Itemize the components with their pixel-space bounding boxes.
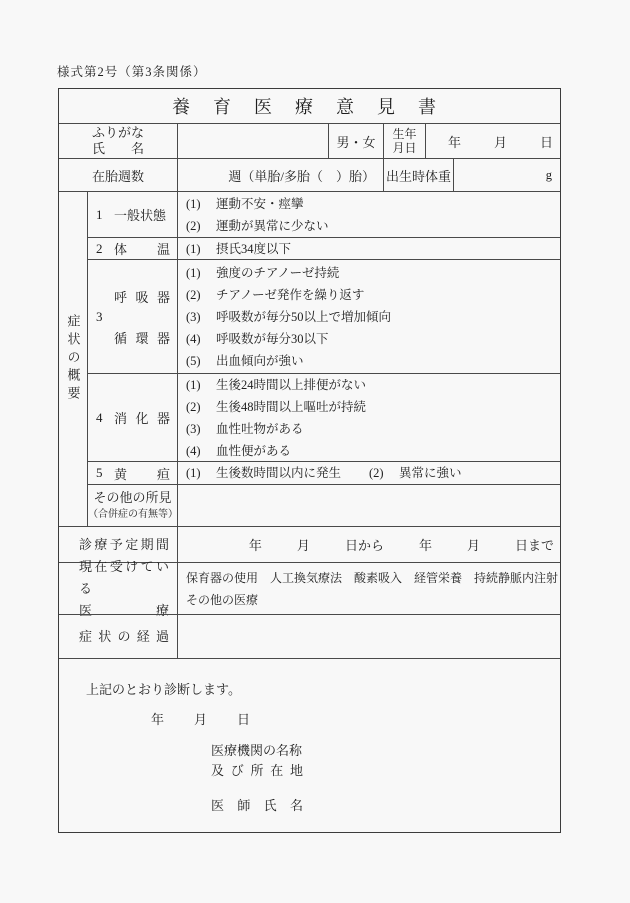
period-unit: 日まで <box>515 535 554 554</box>
gestation-row: 在胎週数 週（単胎/多胎（ ）胎） 出生時体重 g <box>59 158 560 191</box>
gestation-value: 週（単胎/多胎（ ）胎） <box>178 159 384 191</box>
birthdate-label: 生年 月日 <box>384 124 426 158</box>
sex-options: 男・女 <box>329 124 384 158</box>
category-body-temperature: 2 体温 (1)摂氏34度以下 <box>88 237 560 259</box>
item-number: (2) <box>186 284 216 306</box>
name-input-area <box>178 124 329 158</box>
category-general-state: 1 一般状態 (1)運動不安・痙攣 (2)運動が異常に少ない <box>88 192 560 237</box>
period-unit: 月 <box>467 535 480 554</box>
category-number: 3 <box>96 309 103 325</box>
gram-unit: g <box>546 168 552 183</box>
item-number: (4) <box>186 440 216 462</box>
symptom-course-label: 症状の経過 <box>59 615 178 658</box>
category-label-cell: 5 黄疸 <box>88 462 178 484</box>
item-text: 呼吸数が毎分30以下 <box>216 332 329 346</box>
category-number: 1 <box>96 207 103 223</box>
period-unit: 年 <box>249 535 262 554</box>
birthweight-label: 出生時体重 <box>384 159 454 191</box>
category-label-cell: 2 体温 <box>88 238 178 259</box>
item-text: 生後48時間以上嘔吐が持続 <box>216 400 366 414</box>
category-digestive: 4 消化器 (1)生後24時間以上排便がない (2)生後48時間以上嘔吐が持続 … <box>88 373 560 461</box>
item-number: (3) <box>186 418 216 440</box>
symptom-item: (1)摂氏34度以下 <box>186 238 560 260</box>
symptoms-overview-vertical-label: 症状の概要 <box>59 192 88 526</box>
symptom-item: (1)強度のチアノーゼ持続 <box>186 262 560 284</box>
other-findings-label: その他の所見 <box>93 489 171 506</box>
symptom-item: (1)生後数時間以内に発生 <box>186 462 341 484</box>
item-text: 強度のチアノーゼ持続 <box>216 266 339 280</box>
item-text: 出血傾向が強い <box>216 354 304 368</box>
category-items: (1)生後24時間以上排便がない (2)生後48時間以上嘔吐が持続 (3)血性吐… <box>178 374 560 461</box>
item-text: 血性吐物がある <box>216 422 304 436</box>
birthweight-input-area: g <box>454 159 560 191</box>
current-care-options: 保育器の使用 人工換気療法 酸素吸入 経管栄養 持続静脈内注射 その他の医療 <box>178 563 560 614</box>
institution-name-label: 医療機関の名称 <box>211 743 302 758</box>
category-respiratory-circulatory: 3 呼吸器 循環器 (1)強度のチアノーゼ持続 (2)チアノーゼ発作を繰り返す … <box>88 259 560 373</box>
care-option-line: 保育器の使用 人工換気療法 酸素吸入 経管栄養 持続静脈内注射 <box>186 567 560 589</box>
other-findings-note: （合併症の有無等） <box>88 506 177 523</box>
item-text: 血性便がある <box>216 444 291 458</box>
scanned-form-page: { "colors": { "ink": "#1e1e1e", "paper":… <box>0 0 630 903</box>
item-number: (1) <box>186 462 216 484</box>
item-text: 摂氏34度以下 <box>216 242 291 256</box>
symptom-item: (2)生後48時間以上嘔吐が持続 <box>186 396 560 418</box>
item-number: (1) <box>186 374 216 396</box>
symptom-item: (5)出血傾向が強い <box>186 350 560 372</box>
form-title-row: 養育医療意見書 <box>59 89 560 123</box>
year-unit: 年 <box>448 132 461 151</box>
name-row: ふりがな 氏名 男・女 生年 月日 年 月 日 <box>59 123 560 158</box>
current-care-label: 現在受けている 医療 <box>59 563 178 614</box>
name-label: 氏名 <box>92 141 144 157</box>
other-findings-label-cell: その他の所見 （合併症の有無等） <box>88 485 178 526</box>
period-unit: 日から <box>345 535 384 554</box>
month-unit: 月 <box>194 709 207 728</box>
other-findings-row: その他の所見 （合併症の有無等） <box>88 484 560 526</box>
category-label-cell: 4 消化器 <box>88 374 178 461</box>
item-text: 生後24時間以上排便がない <box>216 378 366 392</box>
item-number: (3) <box>186 306 216 328</box>
form-title: 養育医療意見書 <box>160 93 459 119</box>
item-number: (2) <box>186 215 216 237</box>
category-items: (1)運動不安・痙攣 (2)運動が異常に少ない <box>178 192 560 237</box>
item-number: (1) <box>186 238 216 260</box>
symptom-course-row: 症状の経過 <box>59 614 560 658</box>
symptom-item: (4)呼吸数が毎分30以下 <box>186 328 560 350</box>
item-text: チアノーゼ発作を繰り返す <box>216 288 364 302</box>
category-label: 消化器 <box>114 408 170 427</box>
doctor-name-label: 医師氏名 <box>211 795 560 814</box>
item-number: (1) <box>186 193 216 215</box>
item-number: (2) <box>369 462 399 484</box>
symptom-item: (3)呼吸数が毎分50以上で増加傾向 <box>186 306 560 328</box>
year-unit: 年 <box>151 709 164 728</box>
item-text: 運動不安・痙攣 <box>216 197 304 211</box>
category-items: (1)摂氏34度以下 <box>178 238 560 259</box>
item-text: 生後数時間以内に発生 <box>216 466 341 480</box>
category-number: 2 <box>96 241 103 257</box>
period-unit: 月 <box>297 535 310 554</box>
category-number: 4 <box>96 410 103 426</box>
birthdate-input-area: 年 月 日 <box>426 124 560 158</box>
category-items: (1)強度のチアノーゼ持続 (2)チアノーゼ発作を繰り返す (3)呼吸数が毎分5… <box>178 260 560 373</box>
category-label: 体温 <box>114 239 170 258</box>
symptom-item: (2)チアノーゼ発作を繰り返す <box>186 284 560 306</box>
name-label-cell: ふりがな 氏名 <box>59 124 178 158</box>
institution-label: 医療機関の名称 及び所在地 <box>211 741 560 781</box>
care-option-line: その他の医療 <box>186 589 560 611</box>
item-number: (4) <box>186 328 216 350</box>
item-number: (2) <box>186 396 216 418</box>
symptom-item: (4)血性便がある <box>186 440 560 462</box>
item-text: 呼吸数が毎分50以上で増加傾向 <box>216 310 391 324</box>
form-number: 様式第2号（第3条関係） <box>57 62 207 80</box>
treatment-period-input-area: 年 月 日から 年 月 日まで <box>178 527 560 562</box>
symptom-item: (3)血性吐物がある <box>186 418 560 440</box>
category-label: 呼吸器 循環器 <box>114 287 170 347</box>
day-unit: 日 <box>540 132 553 151</box>
symptom-item: (1)生後24時間以上排便がない <box>186 374 560 396</box>
day-unit: 日 <box>237 709 250 728</box>
category-label: 黄疸 <box>114 464 170 483</box>
category-label-cell: 1 一般状態 <box>88 192 178 237</box>
month-unit: 月 <box>494 132 507 151</box>
period-unit: 年 <box>419 535 432 554</box>
symptoms-overview-block: 症状の概要 1 一般状態 (1)運動不安・痙攣 (2)運動が異常に少ない 2 体… <box>59 191 560 526</box>
item-text: 異常に強い <box>399 466 462 480</box>
current-care-row: 現在受けている 医療 保育器の使用 人工換気療法 酸素吸入 経管栄養 持続静脈内… <box>59 562 560 614</box>
category-jaundice: 5 黄疸 (1)生後数時間以内に発生 (2)異常に強い <box>88 461 560 484</box>
item-text: 運動が異常に少ない <box>216 219 329 233</box>
item-number: (5) <box>186 350 216 372</box>
symptom-item: (1)運動不安・痙攣 <box>186 193 560 215</box>
category-number: 5 <box>96 465 103 481</box>
signature-block: 上記のとおり診断します。 年 月 日 医療機関の名称 及び所在地 医師氏名 <box>59 658 560 832</box>
category-label-cell: 3 呼吸器 循環器 <box>88 260 178 373</box>
category-items: (1)生後数時間以内に発生 (2)異常に強い <box>178 462 560 484</box>
other-findings-input-area <box>178 485 560 526</box>
category-label: 一般状態 <box>114 205 170 224</box>
symptom-course-input-area <box>178 615 560 658</box>
item-number: (1) <box>186 262 216 284</box>
medical-opinion-form-table: 養育医療意見書 ふりがな 氏名 男・女 生年 月日 年 月 日 在胎週数 週（単… <box>58 88 561 833</box>
symptom-categories: 1 一般状態 (1)運動不安・痙攣 (2)運動が異常に少ない 2 体温 (1)摂… <box>88 192 560 526</box>
symptom-item: (2)異常に強い <box>369 462 462 484</box>
institution-address-label: 及び所在地 <box>211 761 303 781</box>
gestation-label: 在胎週数 <box>59 159 178 191</box>
furigana-label: ふりがな <box>92 125 177 141</box>
symptom-item: (2)運動が異常に少ない <box>186 215 560 237</box>
diagnosis-date-line: 年 月 日 <box>151 709 560 728</box>
diagnosis-statement: 上記のとおり診断します。 <box>86 679 560 698</box>
